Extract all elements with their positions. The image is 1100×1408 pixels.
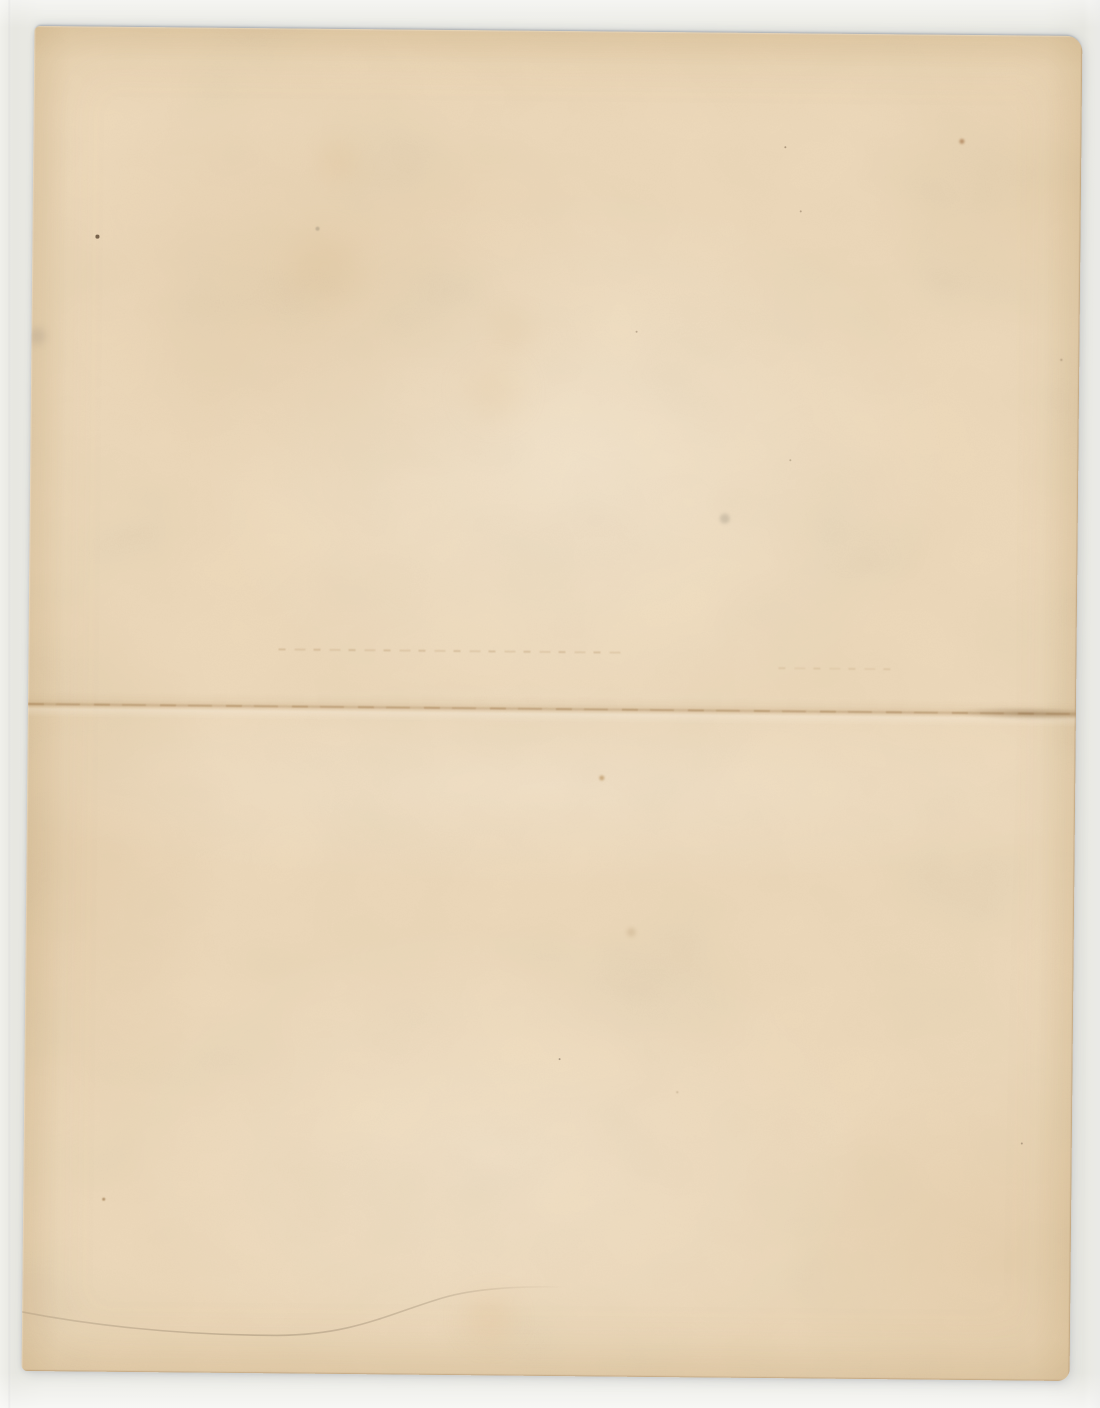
paper-sheet [22,26,1083,1381]
foxing-spot [636,331,638,333]
paper-surface [22,26,1083,1381]
scan-background: Blank aged cream-tan sheet of old paper … [0,0,1100,1408]
foxing-spot [487,308,532,353]
foxing-spot [318,142,358,182]
pencil-scratch-mark [22,1266,583,1356]
foxing-spot [599,775,604,780]
foxing-spot [1021,1143,1023,1145]
scene-caption: Blank aged cream-tan sheet of old paper … [0,0,1,1]
foxing-spot [789,459,791,461]
foxing-spot [465,363,521,419]
fold-crease-right-shadow [956,705,1076,721]
foxing-spot [626,927,635,936]
foxing-spot [316,227,320,231]
foxing-spot [720,514,730,524]
foxing-spot [289,231,360,302]
foxing-spot [959,138,964,143]
foxing-spot [96,235,100,239]
foxing-spot [102,1197,105,1200]
foxing-spot [29,328,45,344]
foxing-spot [676,1091,678,1093]
pencil-arc-path [22,1282,567,1338]
